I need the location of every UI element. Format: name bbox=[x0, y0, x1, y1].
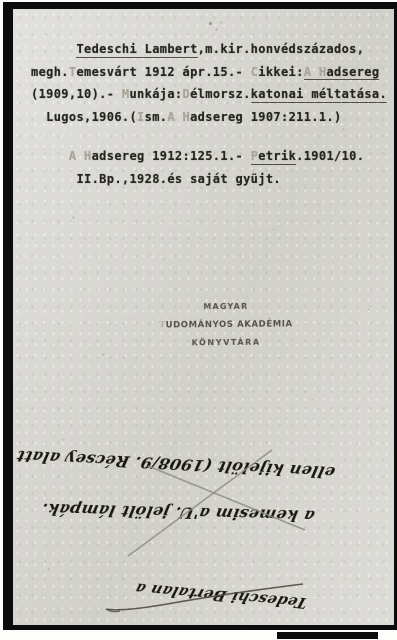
typed-segment: unkája: bbox=[129, 87, 182, 101]
typed-line: Tedeschi Lambert,m.kir.honvédszázados, bbox=[31, 38, 387, 61]
typed-segment: II.Bp.,1928.és saját gyüjt. bbox=[31, 172, 281, 186]
library-stamp: MAGYAR TUDOMÁNYOS AKADÉMIA KÖNYVTÁRA bbox=[143, 297, 309, 352]
typed-segment: ikkei: bbox=[258, 65, 303, 79]
handwritten-note-name: Tedeschi Bertalan a bbox=[119, 578, 324, 613]
typed-segment bbox=[31, 149, 69, 163]
typed-line: Lugos,1906.(Ism.A Hadsereg 1907:211.1.) bbox=[31, 106, 387, 129]
handwritten-note-line: ellen kijelölt (1908/9. Récsey alatt bbox=[29, 447, 337, 482]
typed-line: (1909,10).- Munkája:Délmorsz.katonai mél… bbox=[31, 83, 387, 106]
typed-line: II.Bp.,1928.és saját gyüjt. bbox=[31, 168, 364, 191]
stamp-line: MAGYAR bbox=[143, 297, 309, 316]
typed-segment: H bbox=[84, 149, 92, 163]
typed-segment: A bbox=[69, 149, 84, 163]
typed-text-block-primary: Tedeschi Lambert,m.kir.honvédszázados,me… bbox=[31, 38, 387, 128]
typed-text-block-references: A Hadsereg 1912:125.1.- Petrik.1901/10. … bbox=[31, 145, 364, 190]
typed-segment: H bbox=[183, 110, 191, 124]
typed-line: megh.Temesvárt 1912 ápr.15.- Cikkei:A Ha… bbox=[31, 61, 387, 84]
typed-segment: Tedeschi Lambert bbox=[76, 42, 197, 58]
scanned-page: Tedeschi Lambert,m.kir.honvédszázados,me… bbox=[0, 0, 397, 640]
typed-segment: ,m.kir.honvédszázados, bbox=[198, 42, 365, 56]
typed-segment: A bbox=[304, 65, 319, 81]
typed-segment bbox=[31, 42, 76, 56]
typed-segment: emesvárt 1912 ápr.15.- bbox=[76, 65, 250, 79]
typed-segment: sm. bbox=[145, 110, 168, 124]
typed-segment: adsereg 1907:211.1.) bbox=[190, 110, 342, 124]
typed-segment: adsereg 1912:125.1.- bbox=[92, 149, 251, 163]
handwritten-underline-stroke bbox=[106, 609, 120, 612]
typed-segment: Lugos,1906.( bbox=[31, 110, 137, 124]
typed-segment: élmorsz. bbox=[190, 87, 251, 101]
stamp-line: TUDOMÁNYOS AKADÉMIA bbox=[143, 315, 309, 334]
typed-segment: katonai bbox=[251, 87, 312, 103]
scan-edge-artifact bbox=[277, 632, 378, 639]
typed-segment: .1901/10. bbox=[296, 149, 364, 163]
catalog-card: Tedeschi Lambert,m.kir.honvédszázados,me… bbox=[13, 9, 394, 625]
stamp-line: KÖNYVTÁRA bbox=[143, 333, 309, 352]
typed-line: A Hadsereg 1912:125.1.- Petrik.1901/10. bbox=[31, 145, 364, 168]
handwritten-note-line: a kemesim a'U. jelölt lámpák. bbox=[25, 499, 331, 526]
typed-segment: megh. bbox=[31, 65, 69, 79]
typed-segment: A bbox=[167, 110, 182, 124]
typed-segment: méltatása. bbox=[311, 87, 387, 103]
typed-segment: I bbox=[137, 110, 145, 124]
paper-grain bbox=[13, 9, 14, 10]
typed-segment: adsereg bbox=[326, 65, 379, 81]
typed-segment: D bbox=[183, 87, 191, 101]
typed-segment: etrik bbox=[258, 149, 296, 165]
typed-segment: (1909,10).- bbox=[31, 87, 122, 101]
